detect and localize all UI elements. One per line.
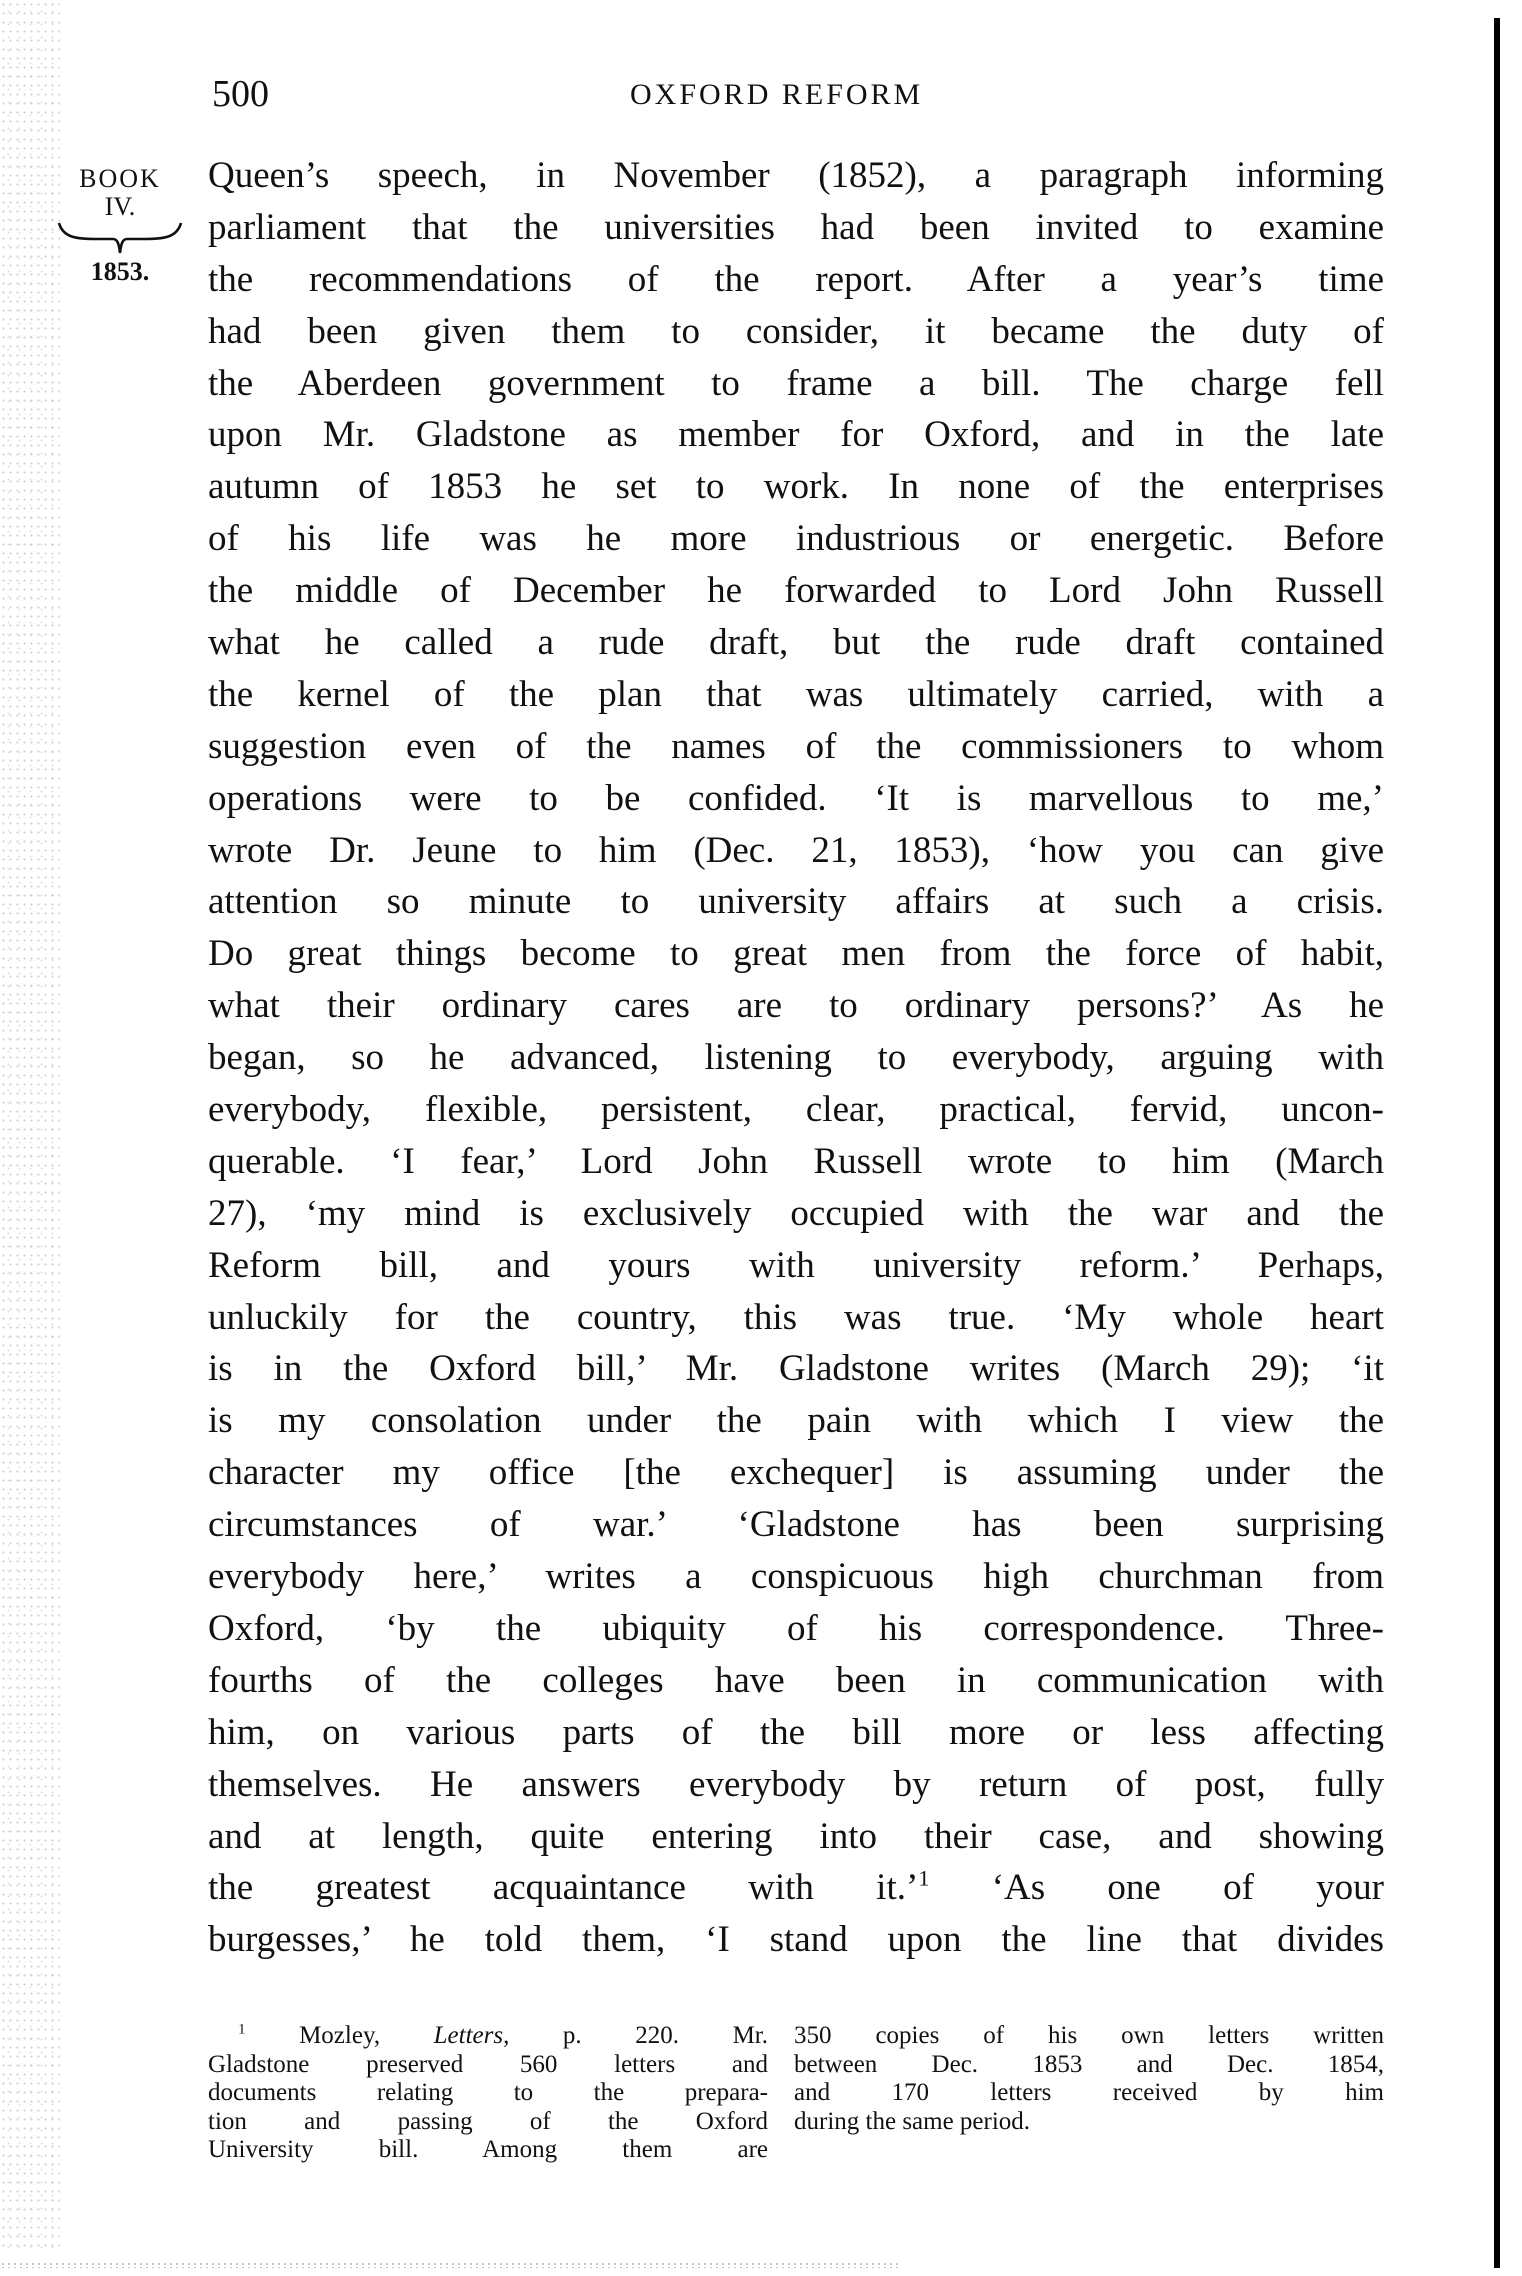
- body-line: had been given them to consider, it beca…: [208, 306, 1384, 358]
- footnote-marker: 1: [238, 2022, 246, 2038]
- body-line: operations were to be confided. ‘It is m…: [208, 773, 1384, 825]
- body-line: Oxford, ‘by the ubiquity of his correspo…: [208, 1603, 1384, 1655]
- margin-book-label: BOOK: [40, 165, 200, 193]
- scan-speckle-bottom-edge: [0, 2262, 900, 2268]
- body-line: suggestion even of the names of the comm…: [208, 721, 1384, 773]
- body-line: querable. ‘I fear,’ Lord John Russell wr…: [208, 1136, 1384, 1188]
- footnote-line: documents relating to the prepara-: [208, 2079, 768, 2108]
- body-line: autumn of 1853 he set to work. In none o…: [208, 461, 1384, 513]
- body-line: the recommendations of the report. After…: [208, 254, 1384, 306]
- margin-year: 1853.: [40, 257, 200, 287]
- body-line: themselves. He answers everybody by retu…: [208, 1759, 1384, 1811]
- footnote-author: Mozley,: [299, 2022, 380, 2049]
- body-line: of his life was he more industrious or e…: [208, 513, 1384, 565]
- footnote-ref[interactable]: 1: [918, 1866, 929, 1891]
- footnote-line: University bill. Among them are: [208, 2136, 768, 2165]
- page-number: 500: [212, 72, 269, 116]
- body-line: attention so minute to university affair…: [208, 876, 1384, 928]
- body-line: upon Mr. Gladstone as member for Oxford,…: [208, 409, 1384, 461]
- footnote-first-line: 1 Mozley, Letters, p. 220. Mr.: [208, 2022, 768, 2051]
- body-line: fourths of the colleges have been in com…: [208, 1655, 1384, 1707]
- body-line: what he called a rude draft, but the rud…: [208, 617, 1384, 669]
- body-line: everybody here,’ writes a conspicuous hi…: [208, 1551, 1384, 1603]
- page-edge-rule: [1494, 18, 1500, 2268]
- footnotes: 1 Mozley, Letters, p. 220. Mr. Gladstone…: [208, 2022, 1384, 2165]
- body-line: what their ordinary cares are to ordinar…: [208, 980, 1384, 1032]
- body-line: is my consolation under the pain with wh…: [208, 1395, 1384, 1447]
- brace-icon: [55, 221, 185, 257]
- body-line: wrote Dr. Jeune to him (Dec. 21, 1853), …: [208, 825, 1384, 877]
- body-line-tail: ‘As one of your: [992, 1867, 1384, 1908]
- footnote-line: Gladstone preserved 560 letters and: [208, 2051, 768, 2080]
- footnote-line: and 170 letters received by him: [794, 2079, 1384, 2108]
- footnote-line: between Dec. 1853 and Dec. 1854,: [794, 2051, 1384, 2080]
- body-line: him, on various parts of the bill more o…: [208, 1707, 1384, 1759]
- body-line-with-footnote-ref: the greatest acquaintance with it.’1 ‘As…: [208, 1862, 1384, 1914]
- body-line: everybody, flexible, persistent, clear, …: [208, 1084, 1384, 1136]
- scan-speckle-left-edge: [0, 0, 60, 2250]
- body-line: circumstances of war.’ ‘Gladstone has be…: [208, 1499, 1384, 1551]
- margin-book-number: IV.: [40, 193, 200, 221]
- body-line: parliament that the universities had bee…: [208, 202, 1384, 254]
- body-line: and at length, quite entering into their…: [208, 1811, 1384, 1863]
- body-line: Queen’s speech, in November (1852), a pa…: [208, 150, 1384, 202]
- body-line: 27), ‘my mind is exclusively occupied wi…: [208, 1188, 1384, 1240]
- body-line: began, so he advanced, listening to ever…: [208, 1032, 1384, 1084]
- footnote-line: tion and passing of the Oxford: [208, 2108, 768, 2137]
- margin-note: BOOK IV. 1853.: [40, 165, 200, 287]
- body-text: Queen’s speech, in November (1852), a pa…: [208, 150, 1384, 1966]
- body-line: character my office [the exchequer] is a…: [208, 1447, 1384, 1499]
- body-line: the Aberdeen government to frame a bill.…: [208, 358, 1384, 410]
- footnote-citation: , p. 220. Mr.: [503, 2022, 768, 2049]
- body-line: is in the Oxford bill,’ Mr. Gladstone wr…: [208, 1343, 1384, 1395]
- footnote-line: during the same period.: [794, 2108, 1384, 2137]
- running-head: 500 OXFORD REFORM: [200, 72, 1380, 122]
- footnote-column-left: 1 Mozley, Letters, p. 220. Mr. Gladstone…: [208, 2022, 768, 2165]
- body-line: Do great things become to great men from…: [208, 928, 1384, 980]
- body-line-text: the greatest acquaintance with it.’: [208, 1867, 918, 1908]
- running-title: OXFORD REFORM: [630, 78, 923, 112]
- body-line: unluckily for the country, this was true…: [208, 1292, 1384, 1344]
- body-line: burgesses,’ he told them, ‘I stand upon …: [208, 1914, 1384, 1966]
- body-line: the kernel of the plan that was ultimate…: [208, 669, 1384, 721]
- footnote-line: 350 copies of his own letters written: [794, 2022, 1384, 2051]
- body-line: Reform bill, and yours with university r…: [208, 1240, 1384, 1292]
- body-line: the middle of December he forwarded to L…: [208, 565, 1384, 617]
- footnote-work-title: Letters: [434, 2022, 503, 2049]
- footnote-column-right: 350 copies of his own letters written be…: [794, 2022, 1384, 2165]
